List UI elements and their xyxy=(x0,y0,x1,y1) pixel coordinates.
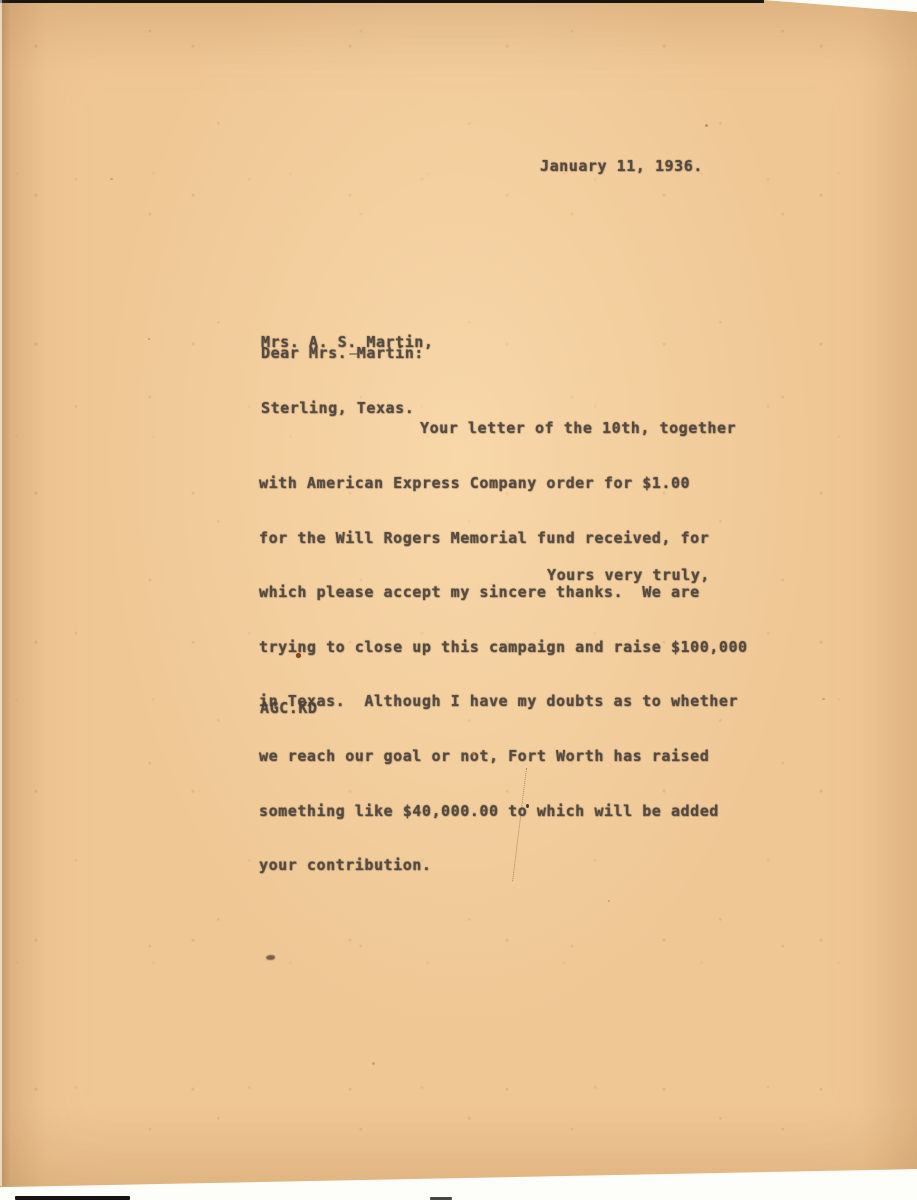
paper-speck xyxy=(110,178,113,180)
body-line: which please accept my sincere thanks. W… xyxy=(259,583,748,601)
scan-edge-left-shade xyxy=(2,0,11,1186)
paper-speck xyxy=(705,124,708,127)
smudge-mark xyxy=(266,955,275,960)
paper-speck xyxy=(372,1062,375,1065)
scan-edge-bottom-bar xyxy=(15,1196,130,1200)
stray-dash-mark xyxy=(349,353,358,355)
body-line: trying to close up this campaign and rai… xyxy=(259,638,748,656)
body-line: with American Express Company order for … xyxy=(259,474,748,492)
paper-speck xyxy=(148,338,150,340)
body-line: in Texas. Although I have my doubts as t… xyxy=(259,692,748,710)
scan-edge-top-strip xyxy=(0,0,764,3)
closing-line: Yours very truly, xyxy=(547,566,710,584)
letter-date: January 11, 1936. xyxy=(540,157,703,175)
scanned-letter-page: January 11, 1936. Mrs. A. S. Martin, Ste… xyxy=(0,0,917,1200)
typist-initials: AGC.KD xyxy=(260,699,318,717)
body-line: for the Will Rogers Memorial fund receiv… xyxy=(259,529,748,547)
letter-body: Your letter of the 10th, together with A… xyxy=(259,383,748,911)
body-line: something like $40,000.00 to which will … xyxy=(259,802,748,820)
body-line: your contribution. xyxy=(259,856,748,874)
paper-speck xyxy=(608,900,610,902)
body-line: Your letter of the 10th, together xyxy=(259,419,748,437)
ink-speck xyxy=(296,653,301,658)
paper-speck xyxy=(822,698,825,700)
paper-speck xyxy=(472,752,475,755)
body-line: we reach our goal or not, Fort Worth has… xyxy=(259,747,748,765)
salutation: Dear Mrs. Martin: xyxy=(261,344,424,362)
crease-dot xyxy=(526,804,529,808)
